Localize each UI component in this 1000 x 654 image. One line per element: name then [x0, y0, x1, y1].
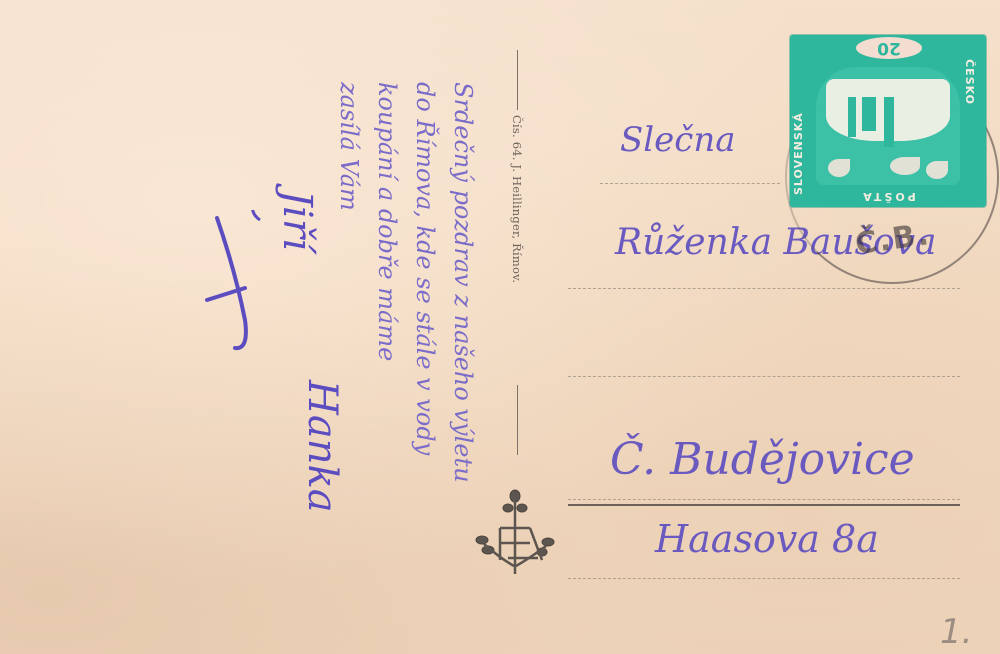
- postcard: Srdečný pozdrav z našeho výletu do Římov…: [0, 0, 1000, 654]
- address-rule: [568, 288, 960, 289]
- address-rule-solid: [568, 504, 960, 506]
- publisher-imprint: Čís. 64. J. Heillinger, Římov.: [510, 115, 524, 283]
- stamp-bottom-label: POŠTA: [790, 190, 986, 203]
- postage-stamp: POŠTA 20 SLOVENSKÁ ČESKO: [790, 35, 986, 207]
- stamp-right-label: ČESKO: [963, 59, 976, 105]
- stamp-left-label: SLOVENSKÁ: [792, 112, 805, 195]
- signature-flourish: [205, 210, 265, 360]
- monogram-emblem-icon: [470, 488, 560, 578]
- message-line: koupání a dobře máme: [368, 82, 406, 483]
- address-city: Č. Budějovice: [610, 434, 915, 485]
- message-line: Srdečný pozdrav z našeho výletu: [444, 82, 482, 483]
- address-street: Haasova 8a: [655, 517, 879, 561]
- stamp-value: 20: [856, 37, 922, 59]
- address-rule: [568, 578, 960, 579]
- corner-pencil-note: 1.: [940, 612, 972, 652]
- address-rule: [600, 183, 780, 184]
- divider-line: Čís. 64. J. Heillinger, Římov.: [503, 40, 533, 460]
- stamp-illustration: [816, 67, 960, 185]
- address-rule: [568, 376, 960, 377]
- address-salutation: Slečna: [620, 120, 736, 160]
- message-line: do Římova, kde se stále v vody: [406, 82, 444, 483]
- address-rule: [568, 499, 960, 500]
- signature-line: Hanka: [299, 380, 345, 513]
- handwritten-message: Srdečný pozdrav z našeho výletu do Římov…: [330, 82, 482, 483]
- signature-line: Jiří: [274, 190, 320, 251]
